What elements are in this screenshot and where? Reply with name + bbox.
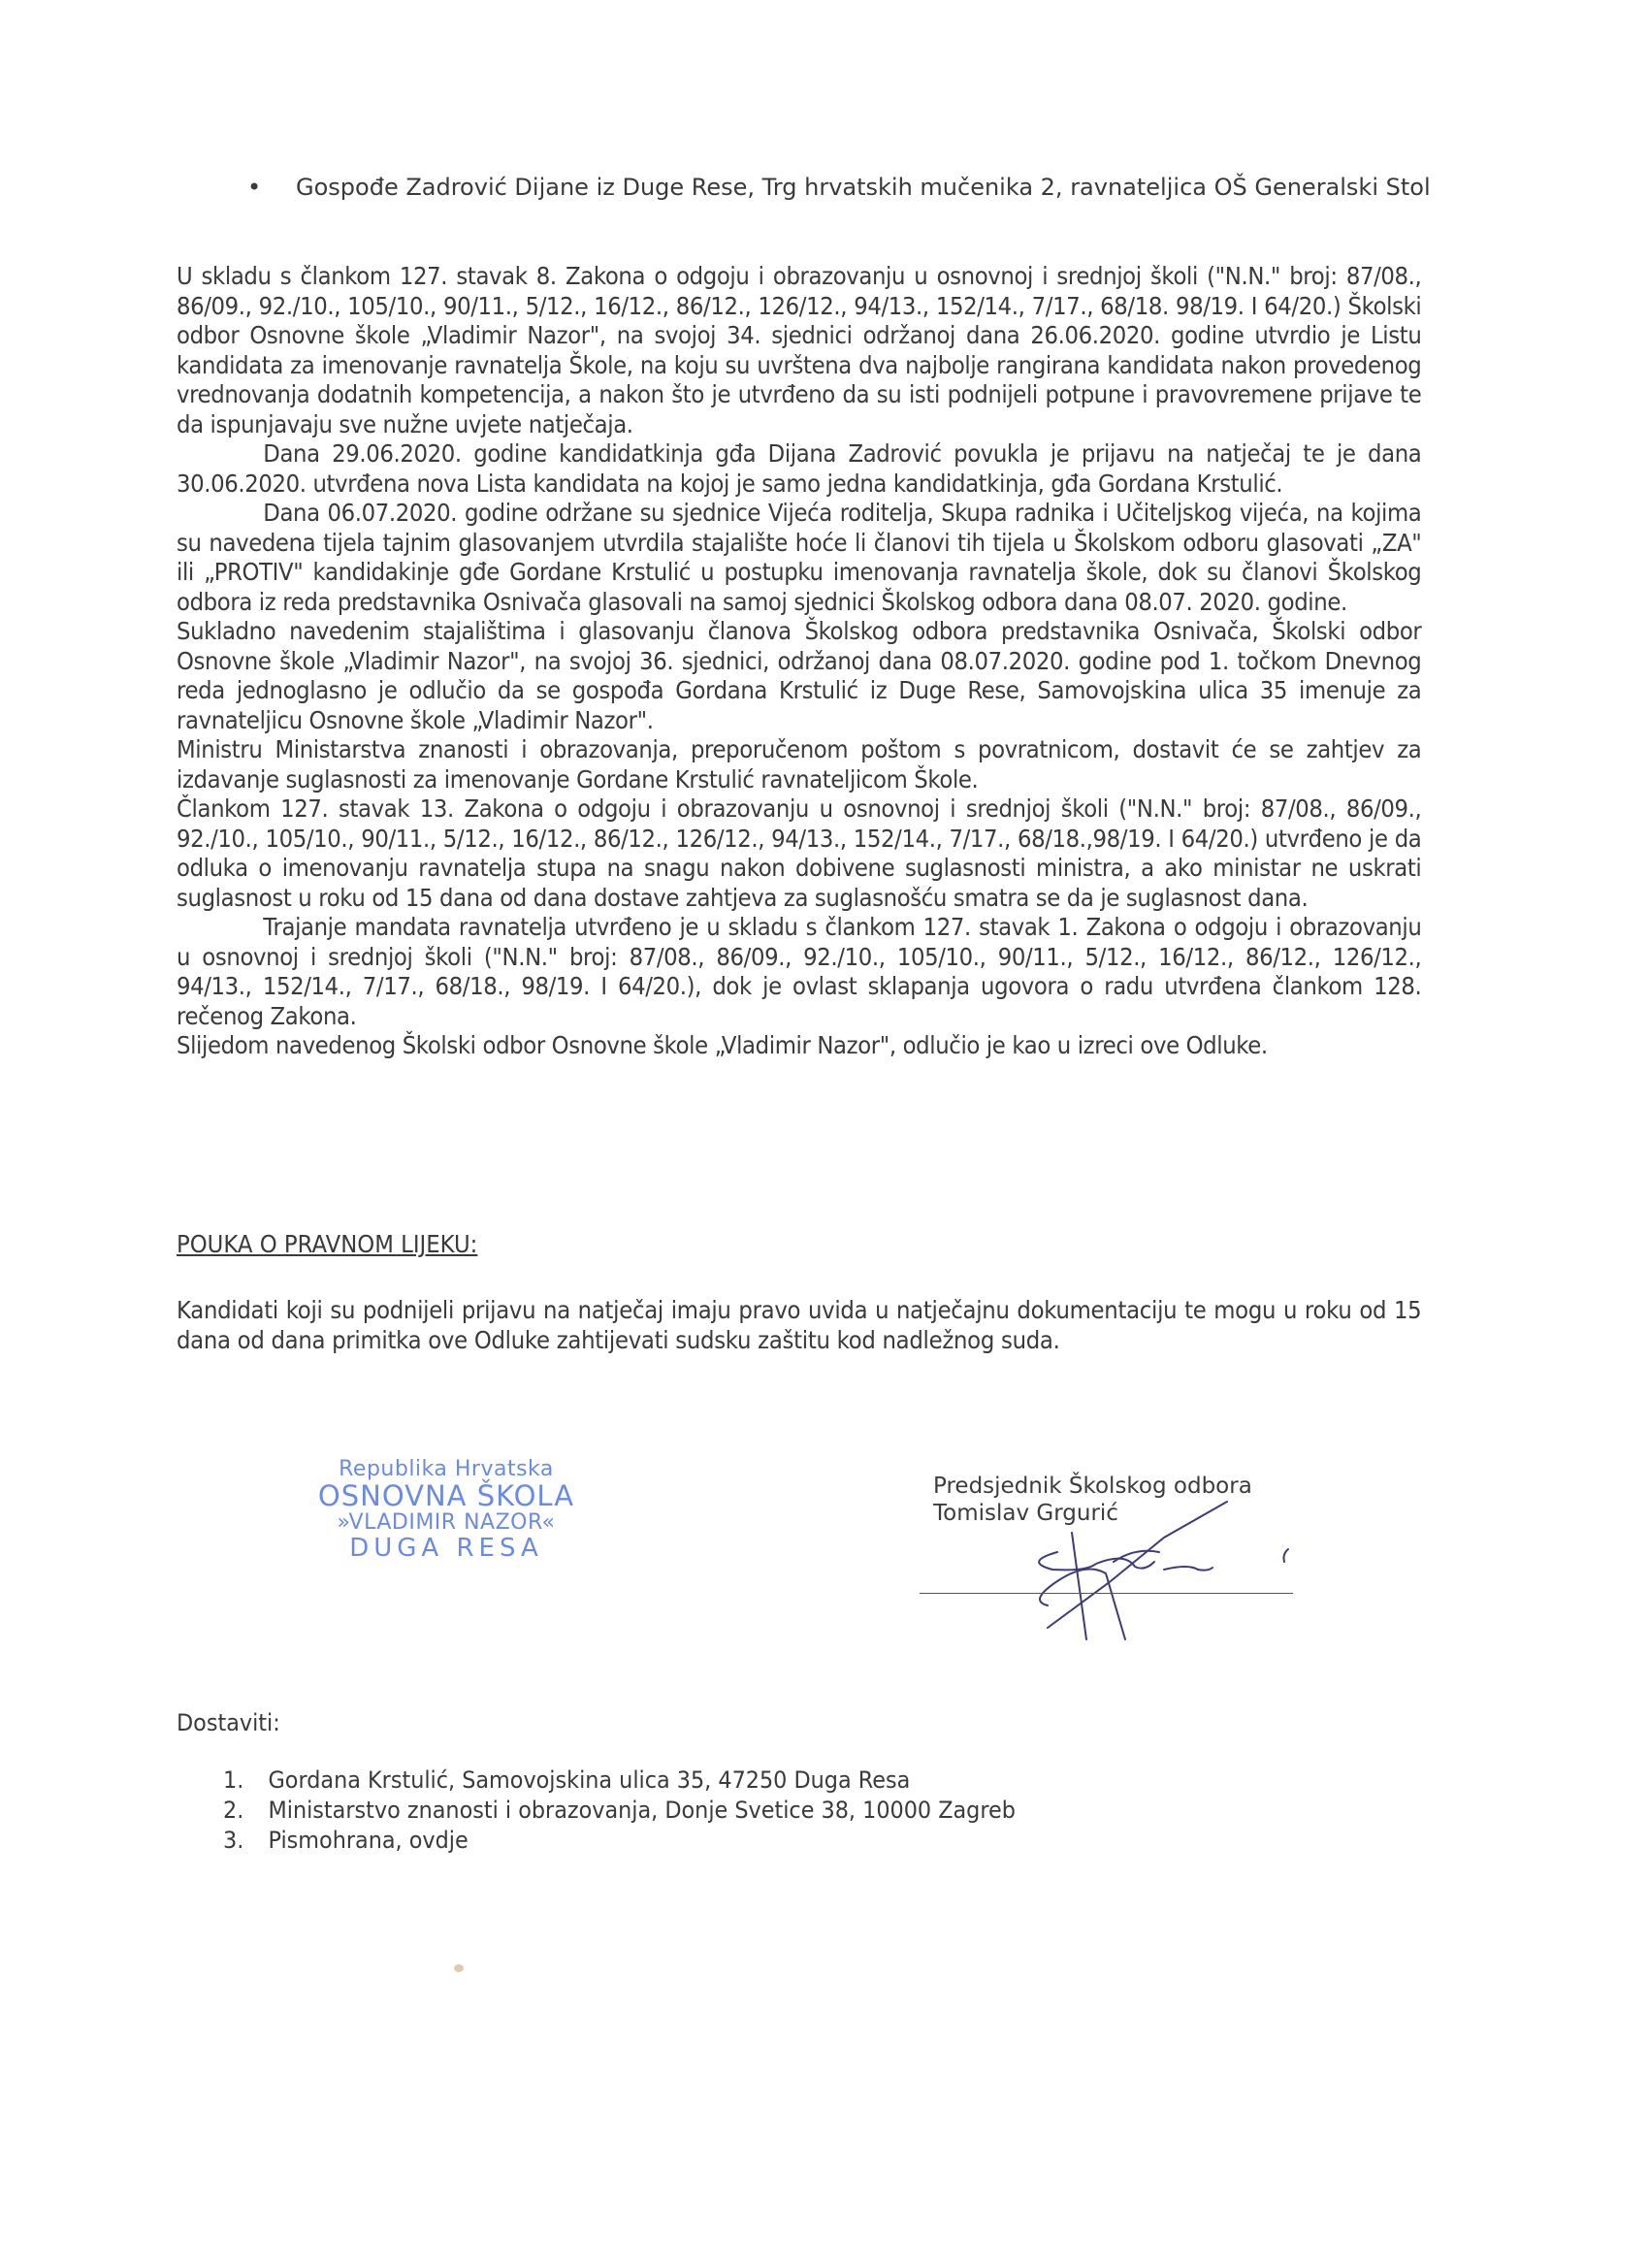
- list-text: Pismohrana, ovdje: [269, 1826, 469, 1856]
- handwritten-signature-icon: [1018, 1494, 1309, 1649]
- list-item: 1. Gordana Krstulić, Samovojskina ulica …: [223, 1766, 1016, 1796]
- list-number: 3.: [223, 1826, 269, 1856]
- paragraph: Sukladno navedenim stajalištima i glasov…: [177, 617, 1421, 735]
- scan-speck: [454, 1964, 464, 1972]
- paragraph: Dana 29.06.2020. godine kandidatkinja gđ…: [177, 439, 1421, 499]
- distribution-list: 1. Gordana Krstulić, Samovojskina ulica …: [223, 1766, 1016, 1856]
- distribution-label: Dostaviti:: [177, 1709, 280, 1736]
- list-number: 1.: [223, 1766, 269, 1796]
- paragraph: Ministru Ministarstva znanosti i obrazov…: [177, 735, 1421, 794]
- stamp-line-1: Republika Hrvatska: [281, 1457, 611, 1481]
- signature-line: [920, 1593, 1293, 1594]
- addressee-text: Gospođe Zadrović Dijane iz Duge Rese, Tr…: [296, 171, 1431, 204]
- paragraph: Člankom 127. stavak 13. Zakona o odgoju …: [177, 794, 1421, 913]
- bullet-icon: •: [247, 171, 276, 204]
- paragraph: U skladu s člankom 127. stavak 8. Zakona…: [177, 262, 1421, 439]
- list-text: Ministarstvo znanosti i obrazovanja, Don…: [269, 1796, 1016, 1826]
- list-item: 2. Ministarstvo znanosti i obrazovanja, …: [223, 1796, 1016, 1826]
- list-number: 2.: [223, 1796, 269, 1826]
- legal-remedy-paragraph: Kandidati koji su podnijeli prijavu na n…: [177, 1296, 1421, 1355]
- list-text: Gordana Krstulić, Samovojskina ulica 35,…: [269, 1766, 911, 1796]
- paragraph: Trajanje mandata ravnatelja utvrđeno je …: [177, 913, 1421, 1031]
- legal-remedy-heading: POUKA O PRAVNOM LIJEKU:: [177, 1230, 477, 1258]
- stamp-line-2: OSNOVNA ŠKOLA: [281, 1481, 611, 1510]
- school-stamp: Republika Hrvatska OSNOVNA ŠKOLA »VLADIM…: [281, 1457, 611, 1562]
- paragraph: Slijedom navedenog Školski odbor Osnovne…: [177, 1031, 1421, 1061]
- paragraph: Dana 06.07.2020. godine održane su sjedn…: [177, 499, 1421, 617]
- legal-remedy-text: Kandidati koji su podnijeli prijavu na n…: [177, 1296, 1421, 1355]
- list-item: 3. Pismohrana, ovdje: [223, 1826, 1016, 1856]
- stamp-line-4: DUGA RESA: [281, 1535, 611, 1562]
- addressee-bullet: • Gospođe Zadrović Dijane iz Duge Rese, …: [247, 171, 1431, 204]
- stamp-line-3: »VLADIMIR NAZOR«: [281, 1510, 611, 1535]
- document-page: • Gospođe Zadrović Dijane iz Duge Rese, …: [0, 0, 1649, 2268]
- decision-rationale: U skladu s člankom 127. stavak 8. Zakona…: [177, 262, 1421, 1061]
